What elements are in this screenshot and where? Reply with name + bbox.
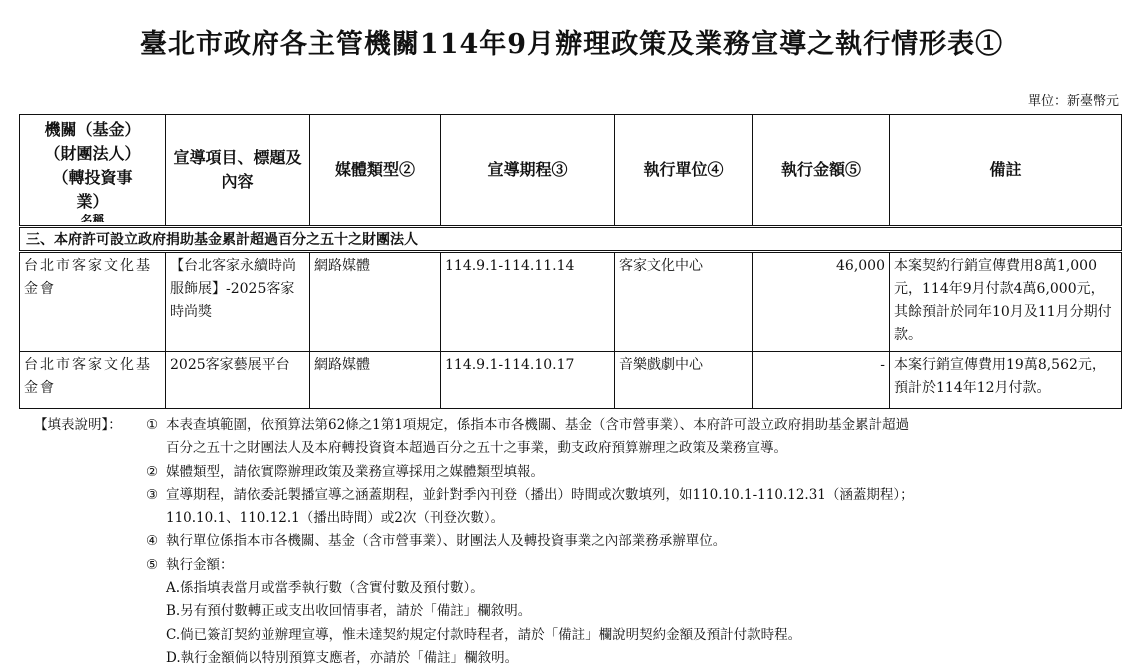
note-5: ⑤執行金額： — [34, 554, 914, 577]
note-2-line1: 媒體類型，請依實際辦理政策及業務宣導採用之媒體類型填報。 — [166, 464, 544, 480]
cell-org: 台北市客家文化基金會 — [20, 252, 166, 352]
header-media: 媒體類型② — [310, 115, 441, 227]
cell-unit: 音樂戲劇中心 — [615, 352, 753, 409]
header-period: 宣導期程③ — [441, 115, 615, 227]
header-org-line2: （財團法人） — [26, 142, 159, 166]
note-5d: D.執行金額倘以特別預算支應者，亦請於「備註」欄敘明。 — [34, 647, 914, 666]
note-4-line1: 執行單位係指本市各機關、基金（含市營事業）、財團法人及轉投資事業之內部業務承辦單… — [166, 533, 726, 549]
header-row: 機關（基金） （財團法人） （轉投資事 業） 名稱 宣導項目、標題及內容 媒體類… — [20, 115, 1122, 227]
cell-media: 網路媒體 — [310, 252, 441, 352]
cell-period: 114.9.1-114.10.17 — [441, 352, 615, 409]
cell-amount: - — [753, 352, 890, 409]
section-title: 三、本府許可設立政府捐助基金累計超過百分之五十之財團法人 — [20, 227, 1122, 252]
note-3: ③宣導期程，請依委託製播宣導之涵蓋期程，並針對季內刊登（播出）時間或次數填列，如… — [34, 484, 914, 507]
note-1: 【填表說明】：①本表查填範圍，依預算法第62條之1第1項規定，係指本市各機關、基… — [34, 414, 914, 437]
circled-3: ③ — [146, 484, 166, 507]
circled-2: ② — [146, 461, 166, 484]
header-item: 宣導項目、標題及內容 — [166, 115, 310, 227]
cell-amount: 46,000 — [753, 252, 890, 352]
note-1-line1: 本表查填範圍，依預算法第62條之1第1項規定，係指本市各機關、基金（含市營事業）… — [166, 417, 909, 433]
cell-item: 【台北客家永續時尚服飾展】-2025客家時尚獎 — [166, 252, 310, 352]
note-3-cont: 110.10.1、110.12.1（播出時間）或2次（刊登次數）。 — [34, 507, 914, 530]
cell-period: 114.9.1-114.11.14 — [441, 252, 615, 352]
circled-5: ⑤ — [146, 554, 166, 577]
currency-unit: 單位：新臺幣元 — [1028, 90, 1119, 109]
header-amount: 執行金額⑤ — [753, 115, 890, 227]
execution-table: 機關（基金） （財團法人） （轉投資事 業） 名稱 宣導項目、標題及內容 媒體類… — [19, 114, 1122, 409]
header-org-line1: 機關（基金） — [26, 118, 159, 142]
cell-unit: 客家文化中心 — [615, 252, 753, 352]
instructions: 【填表說明】：①本表查填範圍，依預算法第62條之1第1項規定，係指本市各機關、基… — [34, 414, 914, 666]
header-org-line4: 業） — [26, 190, 159, 214]
note-2: ②媒體類型，請依實際辦理政策及業務宣導採用之媒體類型填報。 — [34, 461, 914, 484]
table-row: 台北市客家文化基金會 2025客家藝展平台 網路媒體 114.9.1-114.1… — [20, 352, 1122, 409]
table-row: 台北市客家文化基金會 【台北客家永續時尚服飾展】-2025客家時尚獎 網路媒體 … — [20, 252, 1122, 352]
note-5c: C.倘已簽訂契約並辦理宣導，惟未達契約規定付款時程者，請於「備註」欄說明契約金額… — [34, 624, 914, 647]
cell-media: 網路媒體 — [310, 352, 441, 409]
section-row: 三、本府許可設立政府捐助基金累計超過百分之五十之財團法人 — [20, 227, 1122, 252]
header-unit: 執行單位④ — [615, 115, 753, 227]
cell-org: 台北市客家文化基金會 — [20, 352, 166, 409]
note-1-cont: 百分之五十之財團法人及本府轉投資資本超過百分之五十之事業，動支政府預算辦理之政策… — [34, 437, 914, 460]
header-remark: 備註 — [890, 115, 1122, 227]
cell-remark: 本案行銷宣傳費用19萬8,562元，預計於114年12月付款。 — [890, 352, 1122, 409]
circled-1: ① — [146, 414, 166, 437]
header-org-line3: （轉投資事 — [26, 166, 159, 190]
note-3-line1: 宣導期程，請依委託製播宣導之涵蓋期程，並針對季內刊登（播出）時間或次數填列，如1… — [166, 487, 914, 503]
note-5-line1: 執行金額： — [166, 557, 234, 573]
note-5b: B.另有預付數轉正或支出收回情事者，請於「備註」欄敘明。 — [34, 600, 914, 623]
note-5a: A.係指填表當月或當季執行數（含實付數及預付數）。 — [34, 577, 914, 600]
header-org-line5: 名稱 — [26, 214, 159, 222]
cell-item: 2025客家藝展平台 — [166, 352, 310, 409]
note-4: ④執行單位係指本市各機關、基金（含市營事業）、財團法人及轉投資事業之內部業務承辦… — [34, 530, 914, 553]
document-title: 臺北市政府各主管機關114年9月辦理政策及業務宣導之執行情形表① — [0, 22, 1143, 61]
cell-remark: 本案契約行銷宣傳費用8萬1,000元，114年9月付款4萬6,000元，其餘預計… — [890, 252, 1122, 352]
circled-4: ④ — [146, 530, 166, 553]
instructions-label: 【填表說明】： — [34, 414, 146, 437]
header-org: 機關（基金） （財團法人） （轉投資事 業） 名稱 — [20, 115, 166, 227]
